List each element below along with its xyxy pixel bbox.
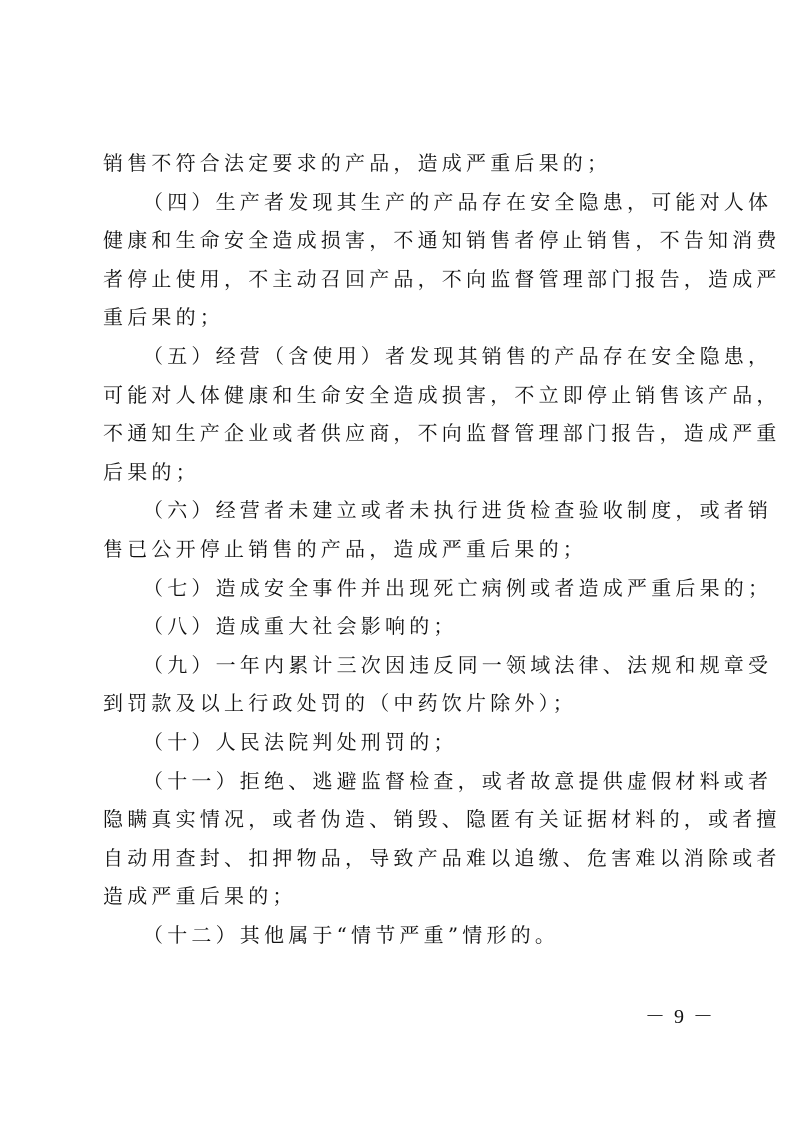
text-line: （九）一年内累计三次因违反同一领域法律、法规和规章受 <box>103 646 693 685</box>
text-line: 自动用查封、扣押物品，导致产品难以追缴、危害难以消除或者 <box>103 839 693 878</box>
text-line: （四）生产者发现其生产的产品存在安全隐患，可能对人体 <box>103 183 693 222</box>
page-number: － 9 － <box>645 1000 715 1029</box>
text-line: 到罚款及以上行政处罚的（中药饮片除外）； <box>103 684 693 723</box>
text-line: （十）人民法院判处刑罚的； <box>103 723 693 762</box>
text-line: 后果的； <box>103 453 693 492</box>
text-line: （八）造成重大社会影响的； <box>103 607 693 646</box>
text-line: （五）经营（含使用）者发现其销售的产品存在安全隐患， <box>103 337 693 376</box>
text-line: 销售不符合法定要求的产品，造成严重后果的； <box>103 144 693 183</box>
text-line: 隐瞒真实情况，或者伪造、销毁、隐匿有关证据材料的，或者擅 <box>103 800 693 839</box>
text-line: 不通知生产企业或者供应商，不向监督管理部门报告，造成严重 <box>103 414 693 453</box>
document-page: 销售不符合法定要求的产品，造成严重后果的； （四）生产者发现其生产的产品存在安全… <box>0 0 793 1122</box>
text-line: 可能对人体健康和生命安全造成损害，不立即停止销售该产品， <box>103 376 693 415</box>
text-line: 重后果的； <box>103 298 693 337</box>
text-line: 售已公开停止销售的产品，造成严重后果的； <box>103 530 693 569</box>
text-line: 者停止使用，不主动召回产品，不向监督管理部门报告，造成严 <box>103 260 693 299</box>
document-body: 销售不符合法定要求的产品，造成严重后果的； （四）生产者发现其生产的产品存在安全… <box>103 144 693 954</box>
text-line: 健康和生命安全造成损害，不通知销售者停止销售，不告知消费 <box>103 221 693 260</box>
text-line: 造成严重后果的； <box>103 877 693 916</box>
text-line: （十一）拒绝、逃避监督检查，或者故意提供虚假材料或者 <box>103 762 693 801</box>
text-line: （六）经营者未建立或者未执行进货检查验收制度，或者销 <box>103 491 693 530</box>
text-line: （七）造成安全事件并出现死亡病例或者造成严重后果的； <box>103 569 693 608</box>
text-line: （十二）其他属于“情节严重”情形的。 <box>103 916 693 955</box>
